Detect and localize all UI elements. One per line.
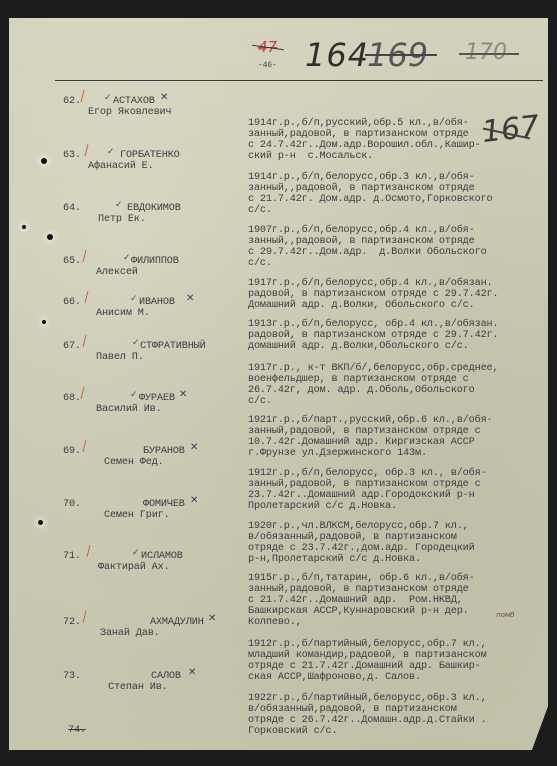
folio-number-current: 164	[305, 36, 369, 74]
entry-surname: ФОМИЧЕВ	[143, 499, 185, 510]
x-mark-icon: ✕	[186, 293, 194, 304]
entry-number: 70.	[63, 499, 81, 510]
check-mark-icon: ✓	[132, 338, 140, 348]
entry-given-name: Занай Дав.	[100, 628, 160, 639]
entry-number-blank: 74.	[68, 725, 86, 736]
x-mark-icon: ✕	[188, 667, 196, 678]
entry-number: 72.	[63, 617, 81, 628]
entry-given-name: Василий Ив.	[96, 404, 162, 415]
entry-given-name: Степан Ив.	[108, 682, 168, 693]
x-mark-icon: ✕	[190, 442, 198, 453]
x-mark-icon: ✕	[190, 495, 198, 506]
entry-surname: ГОРБАТЕНКО	[120, 150, 180, 161]
page-number-typed: -46-	[258, 60, 277, 71]
punch-hole	[42, 320, 46, 324]
check-mark-icon: ✓	[123, 253, 131, 263]
page-number-red-struck: 47	[258, 38, 277, 56]
check-mark-icon: ✓	[104, 93, 112, 103]
folio-number-struck: 169	[367, 36, 428, 74]
entry-surname: ИВАНОВ	[139, 297, 175, 308]
folio-number-struck-2: 170	[465, 40, 507, 65]
entry-given-name: Семен Фед.	[104, 457, 164, 468]
entry-number: 62.	[63, 96, 81, 107]
x-mark-icon: ✕	[208, 613, 216, 624]
entry-given-name: Петр Ек.	[98, 214, 146, 225]
entry-number: 66.	[63, 297, 81, 308]
punch-hole	[38, 520, 43, 525]
entry-given-name: Павел П.	[96, 352, 144, 363]
entry-number: 69.	[63, 446, 81, 457]
x-mark-icon: ✕	[160, 92, 168, 103]
folio-number-side: 167	[480, 109, 541, 150]
entry-number: 71.	[63, 551, 81, 562]
entry-surname: ФИЛИППОВ	[131, 256, 179, 267]
entry-surname: ИСЛАМОВ	[141, 551, 183, 562]
entry-surname: АХМАДУЛИН	[150, 617, 204, 628]
entry-surname: САЛОВ	[151, 671, 181, 682]
punch-hole	[41, 158, 47, 164]
entry-number: 67.	[63, 341, 81, 352]
entry-number: 63.	[63, 150, 81, 161]
entry-number: 73.	[63, 671, 81, 682]
margin-note: помб	[496, 611, 514, 619]
check-mark-icon: ✓	[132, 548, 140, 558]
check-mark-icon: ✓	[130, 390, 138, 400]
entry-number: 64.	[63, 203, 81, 214]
entry-number: 65.	[63, 256, 81, 267]
entry-given-name: Семен Григ.	[104, 510, 170, 521]
entry-surname: ЕВДОКИМОВ	[127, 203, 181, 214]
entry-number: 68.	[63, 393, 81, 404]
check-mark-icon: ✓	[115, 200, 123, 210]
header-rule	[55, 80, 543, 81]
entry-surname: АСТАХОВ	[113, 96, 155, 107]
check-mark-icon: ✓	[107, 147, 115, 157]
check-mark-icon: ✓	[130, 294, 138, 304]
entry-given-name: Алексей	[96, 267, 138, 278]
punch-hole	[47, 234, 53, 240]
entry-description: 1922г.р.,б/партийный,белорусс,обр.3 кл.,…	[248, 671, 487, 759]
entry-surname: ФУРАЕВ	[139, 393, 175, 404]
entry-given-name: Егор Яковлевич	[88, 107, 172, 118]
entry-given-name: Анисим М.	[96, 308, 150, 319]
punch-hole	[22, 225, 26, 229]
entry-surname: БУРАНОВ	[143, 446, 185, 457]
entry-surname: СТФРАТИВНЫЙ	[140, 341, 206, 352]
x-mark-icon: ✕	[179, 389, 187, 400]
entry-given-name: Афанасий Е.	[88, 161, 154, 172]
entry-given-name: Фактирай Ах.	[98, 562, 170, 573]
